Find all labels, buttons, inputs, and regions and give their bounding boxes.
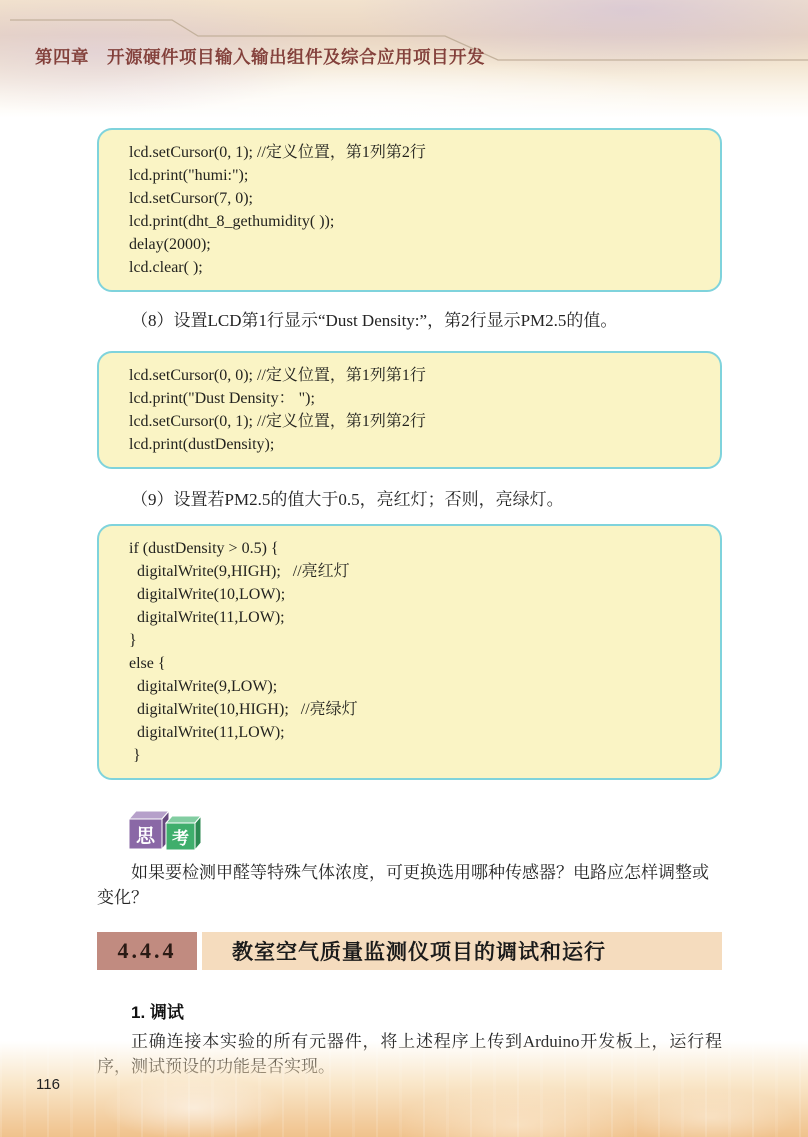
paragraph-step-9: （9）设置若PM2.5的值大于0.5，亮红灯；否则，亮绿灯。	[97, 487, 722, 512]
code-line: digitalWrite(9,LOW);	[129, 675, 702, 698]
section-heading-4-4-4: 4.4.4 教室空气质量监测仪项目的调试和运行	[97, 932, 722, 970]
code-line: lcd.print("humi:");	[129, 164, 702, 187]
code-line: lcd.setCursor(0, 1); //定义位置，第1列第2行	[129, 410, 702, 433]
code-line: }	[129, 744, 702, 767]
code-line: delay(2000);	[129, 233, 702, 256]
code-line: }	[129, 629, 702, 652]
code-line: digitalWrite(10,LOW);	[129, 583, 702, 606]
footer-decoration	[0, 1041, 808, 1137]
code-line: lcd.print("Dust Density： ");	[129, 387, 702, 410]
code-line: lcd.setCursor(0, 0); //定义位置，第1列第1行	[129, 364, 702, 387]
code-line: lcd.setCursor(7, 0);	[129, 187, 702, 210]
code-block-lcd-humidity: lcd.setCursor(0, 1); //定义位置，第1列第2行 lcd.p…	[97, 128, 722, 292]
debug-subheading: 1. 调试	[97, 998, 722, 1023]
code-line: lcd.clear( );	[129, 256, 702, 279]
code-line: digitalWrite(10,HIGH); //亮绿灯	[129, 698, 702, 721]
code-line: lcd.print(dht_8_gethumidity( ));	[129, 210, 702, 233]
code-line: lcd.print(dustDensity);	[129, 433, 702, 456]
code-line: lcd.setCursor(0, 1); //定义位置，第1列第2行	[129, 141, 702, 164]
code-line: digitalWrite(11,LOW);	[129, 721, 702, 744]
think-question: 如果要检测甲醛等特殊气体浓度，可更换选用哪种传感器？电路应怎样调整或变化？	[97, 860, 722, 910]
code-line: else {	[129, 652, 702, 675]
paragraph-step-8: （8）设置LCD第1行显示“Dust Density:”，第2行显示PM2.5的…	[97, 308, 722, 333]
think-char-left: 思	[136, 825, 156, 847]
code-line: if (dustDensity > 0.5) {	[129, 537, 702, 560]
code-line: digitalWrite(11,LOW);	[129, 606, 702, 629]
section-number: 4.4.4	[97, 932, 197, 970]
code-line: digitalWrite(9,HIGH); //亮红灯	[129, 560, 702, 583]
main-content: lcd.setCursor(0, 1); //定义位置，第1列第2行 lcd.p…	[97, 0, 722, 1079]
page-number: 116	[36, 1076, 60, 1093]
textbook-page: 第四章 开源硬件项目输入输出组件及综合应用项目开发 lcd.setCursor(…	[0, 0, 808, 1137]
code-block-lcd-dust-density: lcd.setCursor(0, 0); //定义位置，第1列第1行 lcd.p…	[97, 351, 722, 469]
section-title: 教室空气质量监测仪项目的调试和运行	[202, 932, 722, 970]
think-char-right: 考	[172, 829, 189, 848]
code-block-led-control: if (dustDensity > 0.5) { digitalWrite(9,…	[97, 524, 722, 780]
think-cubes-icon: 思 考	[123, 806, 203, 854]
